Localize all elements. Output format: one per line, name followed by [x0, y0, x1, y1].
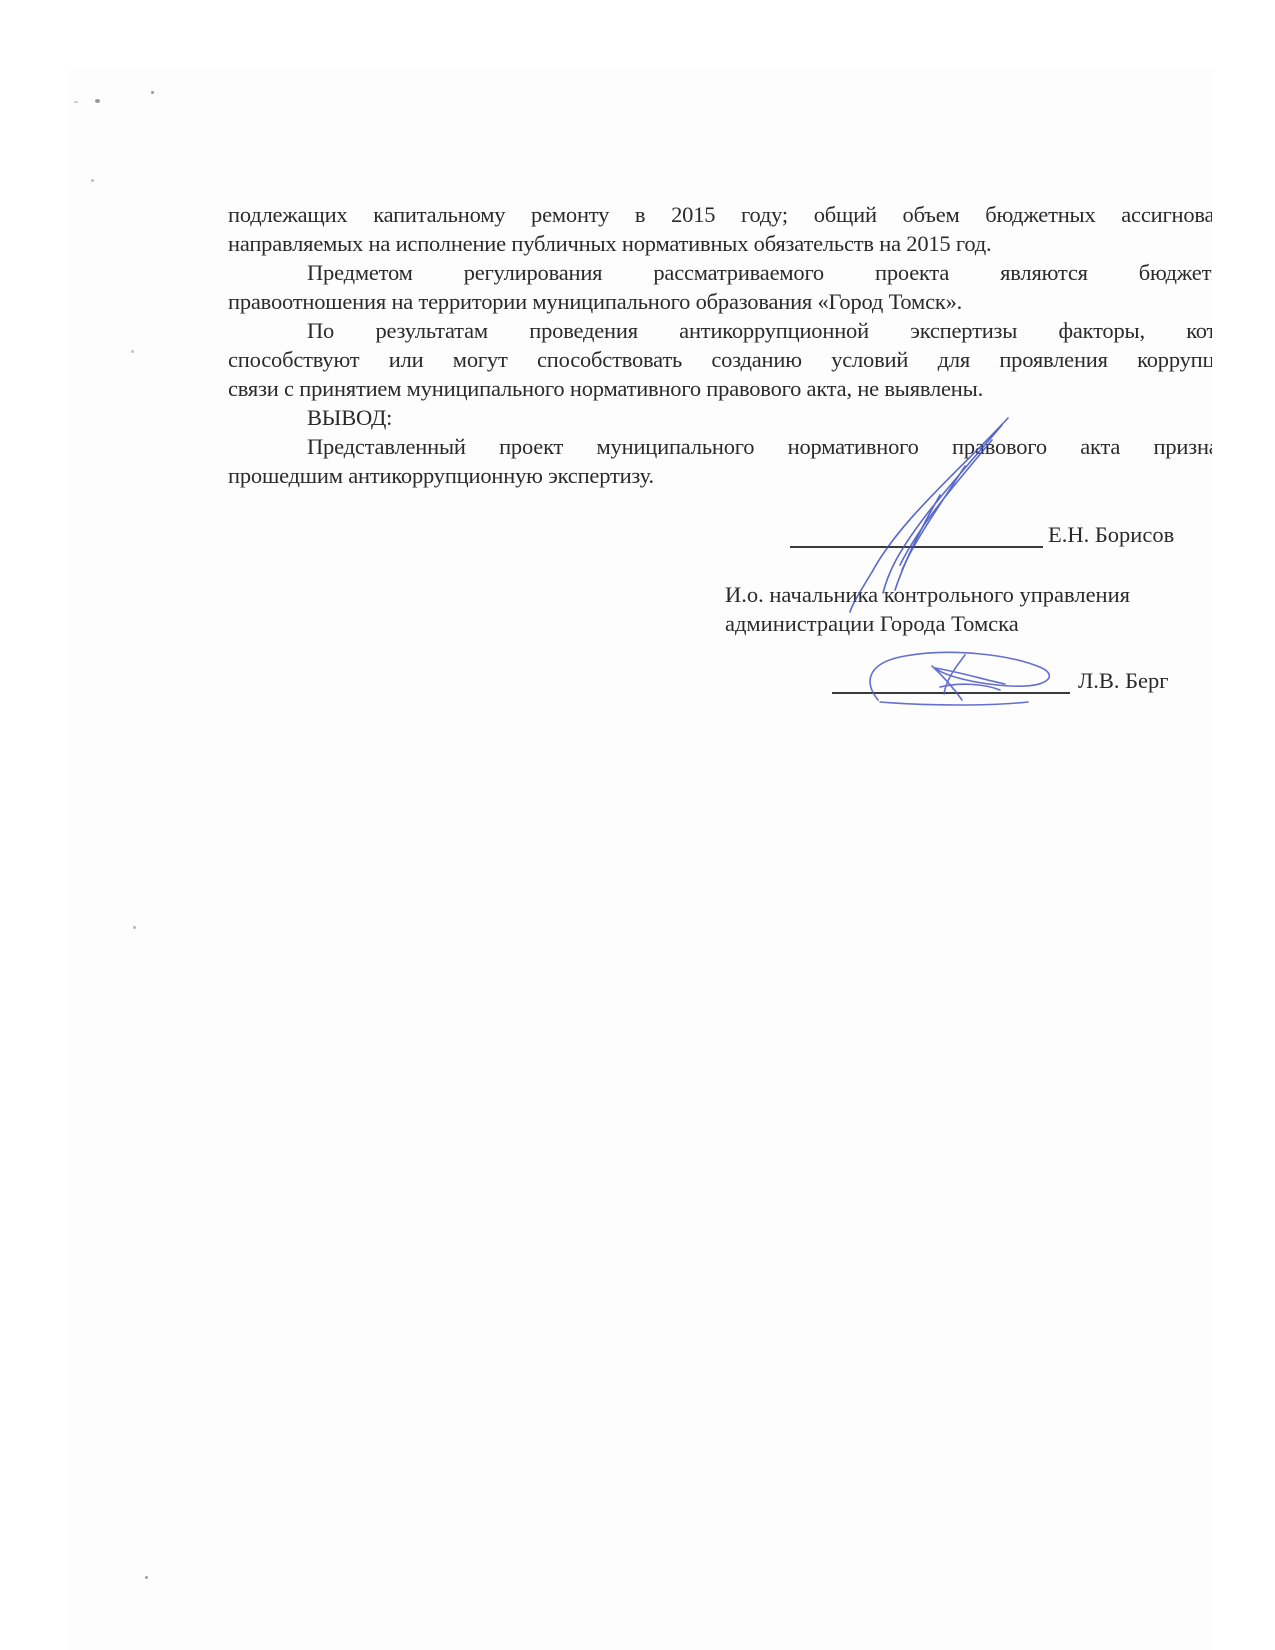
signatory-name-berg: Л.В. Берг — [1078, 666, 1169, 695]
scan-speck — [74, 101, 78, 103]
scan-speck — [145, 1576, 148, 1579]
text-line: прошедшим антикоррупционную экспертизу. — [228, 461, 1212, 490]
page-edge-strip — [1212, 0, 1275, 1650]
signature-line-borisov — [790, 546, 1043, 548]
scan-speck — [131, 350, 134, 353]
scan-speck — [151, 91, 154, 94]
signatory-title-line-1: И.о. начальника контрольного управления — [725, 580, 1130, 609]
signatory-name-borisov: Е.Н. Борисов — [1048, 520, 1174, 549]
scan-speck — [95, 99, 100, 103]
signature-line-berg — [832, 692, 1070, 694]
text-line: правоотношения на территории муниципальн… — [228, 287, 1212, 316]
scan-speck — [91, 179, 94, 182]
scan-speck — [133, 926, 136, 929]
document-body: подлежащих капитальному ремонту в 2015 г… — [228, 200, 1212, 490]
text-line: направляемых на исполнение публичных нор… — [228, 229, 1212, 258]
text-line: способствуют или могут способствовать со… — [228, 345, 1212, 374]
text-line: связи с принятием муниципального нормати… — [228, 374, 1212, 403]
conclusion-heading: ВЫВОД: — [228, 403, 1212, 432]
text-line: подлежащих капитальному ремонту в 2015 г… — [228, 200, 1212, 229]
text-line: Представленный проект муниципального нор… — [228, 432, 1212, 461]
text-line: По результатам проведения антикоррупцион… — [228, 316, 1212, 345]
signatory-title-line-2: администрации Города Томска — [725, 609, 1019, 638]
text-line: Предметом регулирования рассматриваемого… — [228, 258, 1212, 287]
